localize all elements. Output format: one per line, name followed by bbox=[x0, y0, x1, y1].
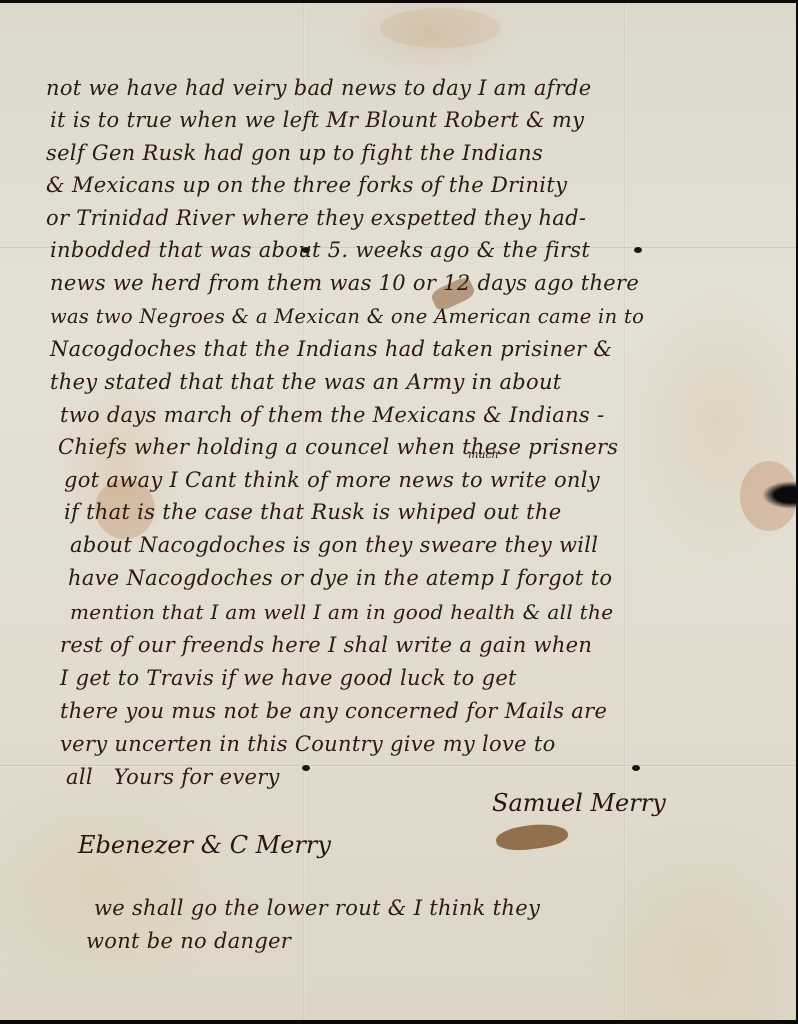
vertical-fold-line bbox=[624, 3, 626, 1020]
letter-line: not we have had veiry bad news to day I … bbox=[46, 76, 592, 100]
letter-line: if that is the case that Rusk is whiped … bbox=[64, 500, 561, 524]
letter-line: very uncerten in this Country give my lo… bbox=[60, 732, 556, 756]
ink-blot bbox=[495, 820, 570, 854]
letter-line: self Gen Rusk had gon up to fight the In… bbox=[46, 141, 543, 165]
fold-hole bbox=[634, 247, 642, 253]
paper-tear bbox=[762, 481, 798, 509]
letter-line: Nacogdoches that the Indians had taken p… bbox=[50, 337, 612, 361]
interlinear-insertion: much bbox=[468, 448, 499, 461]
fold-hole bbox=[302, 765, 310, 771]
letter-line: they stated that that the was an Army in… bbox=[50, 370, 562, 394]
letter-line: have Nacogdoches or dye in the atemp I f… bbox=[68, 566, 612, 590]
postscript-line: wont be no danger bbox=[86, 929, 291, 953]
letter-line: or Trinidad River where they exspetted t… bbox=[46, 206, 586, 230]
signature: Samuel Merry bbox=[492, 789, 666, 817]
letter-line: I get to Travis if we have good luck to … bbox=[60, 666, 517, 690]
letter-closing: all Yours for every bbox=[66, 765, 280, 789]
letter-line: about Nacogdoches is gon they sweare the… bbox=[70, 533, 598, 557]
letter-line: rest of our freends here I shal write a … bbox=[60, 633, 592, 657]
letter-line: & Mexicans up on the three forks of the … bbox=[46, 173, 567, 197]
letter-line: got away I Cant think of more news to wr… bbox=[64, 468, 600, 492]
fold-hole bbox=[632, 765, 640, 771]
letter-line: news we herd from them was 10 or 12 days… bbox=[50, 271, 639, 295]
addressee: Ebenezer & C Merry bbox=[78, 831, 331, 859]
letter-line: two days march of them the Mexicans & In… bbox=[60, 403, 604, 427]
letter-line: it is to true when we left Mr Blount Rob… bbox=[50, 108, 584, 132]
letter-line: was two Negroes & a Mexican & one Americ… bbox=[50, 305, 644, 328]
postscript-line: we shall go the lower rout & I think the… bbox=[94, 896, 540, 920]
letter-line: Chiefs wher holding a councel when these… bbox=[58, 435, 618, 459]
letter-line: inbodded that was about 5. weeks ago & t… bbox=[50, 238, 590, 262]
letter-page: not we have had veiry bad news to day I … bbox=[0, 3, 796, 1020]
water-stain bbox=[380, 8, 500, 48]
letter-line: there you mus not be any concerned for M… bbox=[60, 699, 607, 723]
letter-line: mention that I am well I am in good heal… bbox=[70, 600, 613, 624]
